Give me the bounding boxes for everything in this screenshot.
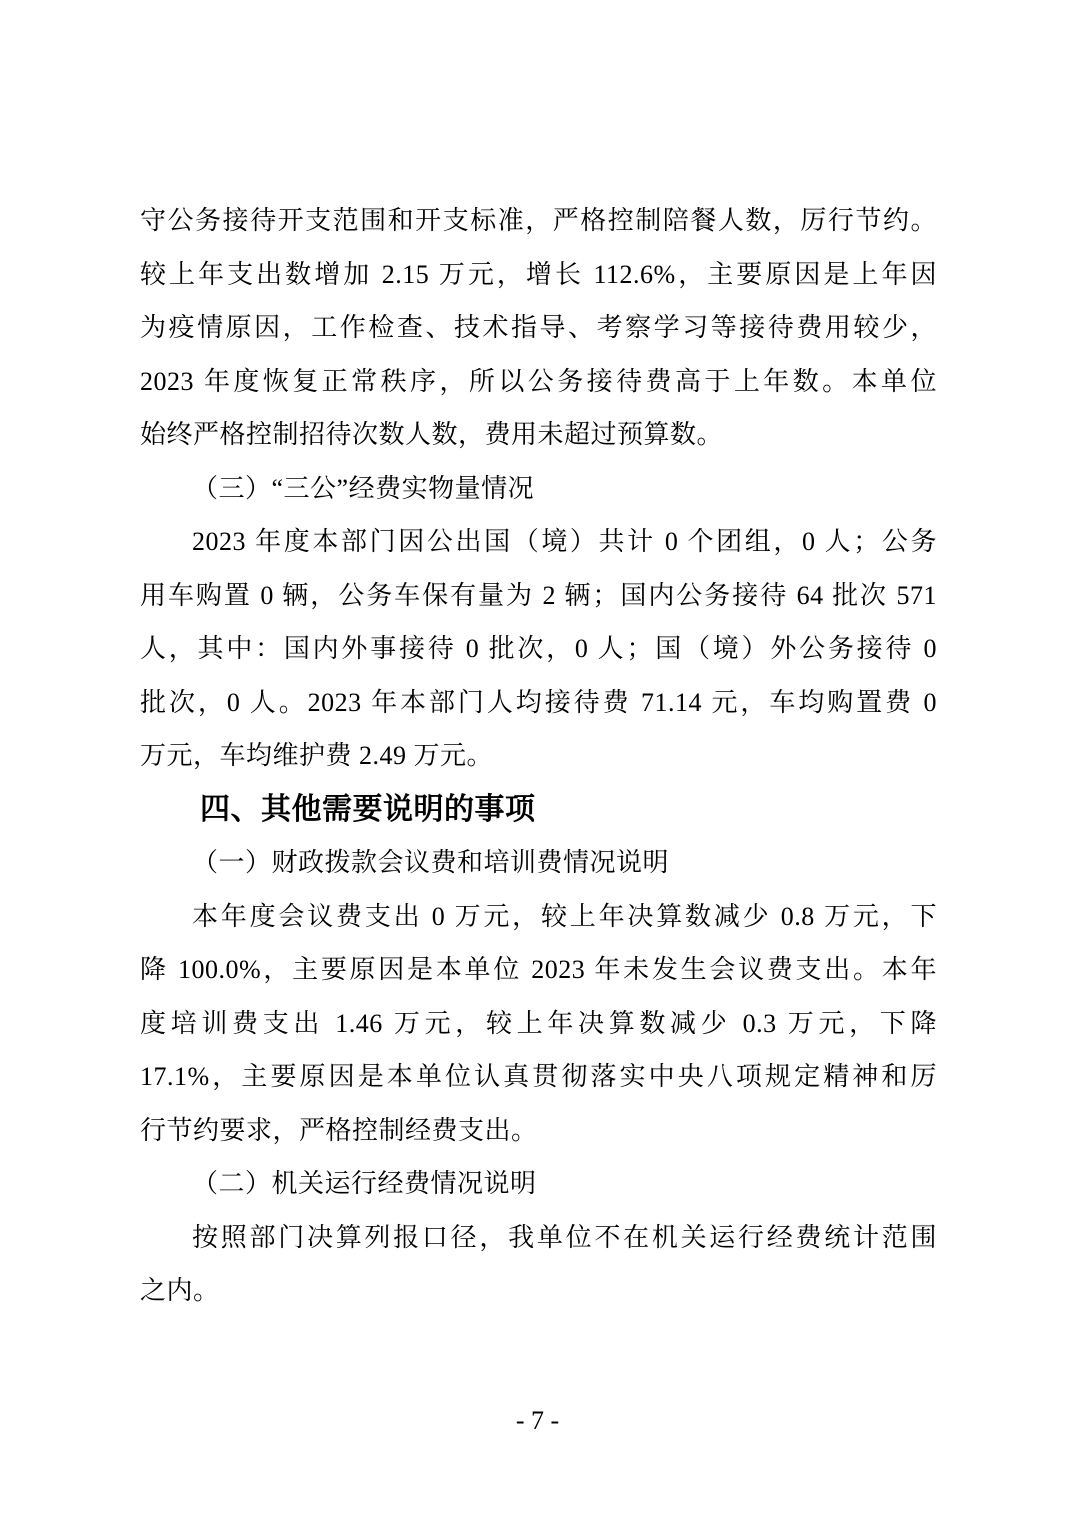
subsection-heading-meeting-training-fees: （一）财政拨款会议费和培训费情况说明 [140, 836, 937, 890]
body-text-line: 万元，车均维护费 2.49 万元。 [140, 729, 937, 783]
section-heading-other-matters: 四、其他需要说明的事项 [140, 783, 937, 837]
subsection-heading-three-public-physical-quantity: （三）“三公”经费实物量情况 [140, 462, 937, 516]
body-text-line: 守公务接待开支范围和开支标准，严格控制陪餐人数，厉行节约。 [140, 194, 937, 248]
body-text-line: 17.1%，主要原因是本单位认真贯彻落实中央八项规定精神和厉 [140, 1050, 937, 1104]
page-number: - 7 - [0, 1406, 1075, 1436]
body-text-line: 降 100.0%，主要原因是本单位 2023 年未发生会议费支出。本年 [140, 943, 937, 997]
body-text-line: 用车购置 0 辆，公务车保有量为 2 辆；国内公务接待 64 批次 571 [140, 569, 937, 623]
document-page: 守公务接待开支范围和开支标准，严格控制陪餐人数，厉行节约。 较上年支出数增加 2… [0, 0, 1075, 1520]
body-text-line: 行节约要求，严格控制经费支出。 [140, 1104, 937, 1158]
body-text-line: 较上年支出数增加 2.15 万元，增长 112.6%，主要原因是上年因 [140, 248, 937, 302]
body-text-line: 本年度会议费支出 0 万元，较上年决算数减少 0.8 万元，下 [140, 890, 937, 944]
body-text-line: 人，其中：国内外事接待 0 批次，0 人；国（境）外公务接待 0 [140, 622, 937, 676]
body-text-line: 批次，0 人。2023 年本部门人均接待费 71.14 元，车均购置费 0 [140, 676, 937, 730]
body-text-line: 2023 年度本部门因公出国（境）共计 0 个团组，0 人；公务 [140, 515, 937, 569]
body-text-line: 2023 年度恢复正常秩序，所以公务接待费高于上年数。本单位 [140, 355, 937, 409]
subsection-heading-agency-operating-expenses: （二）机关运行经费情况说明 [140, 1157, 937, 1211]
body-text-line: 按照部门决算列报口径，我单位不在机关运行经费统计范围 [140, 1211, 937, 1265]
body-text-line: 为疫情原因，工作检查、技术指导、考察学习等接待费用较少， [140, 301, 937, 355]
body-text-line: 始终严格控制招待次数人数，费用未超过预算数。 [140, 408, 937, 462]
body-text-line: 之内。 [140, 1264, 937, 1318]
body-text-line: 度培训费支出 1.46 万元，较上年决算数减少 0.3 万元，下降 [140, 997, 937, 1051]
document-body: 守公务接待开支范围和开支标准，严格控制陪餐人数，厉行节约。 较上年支出数增加 2… [140, 194, 937, 1318]
